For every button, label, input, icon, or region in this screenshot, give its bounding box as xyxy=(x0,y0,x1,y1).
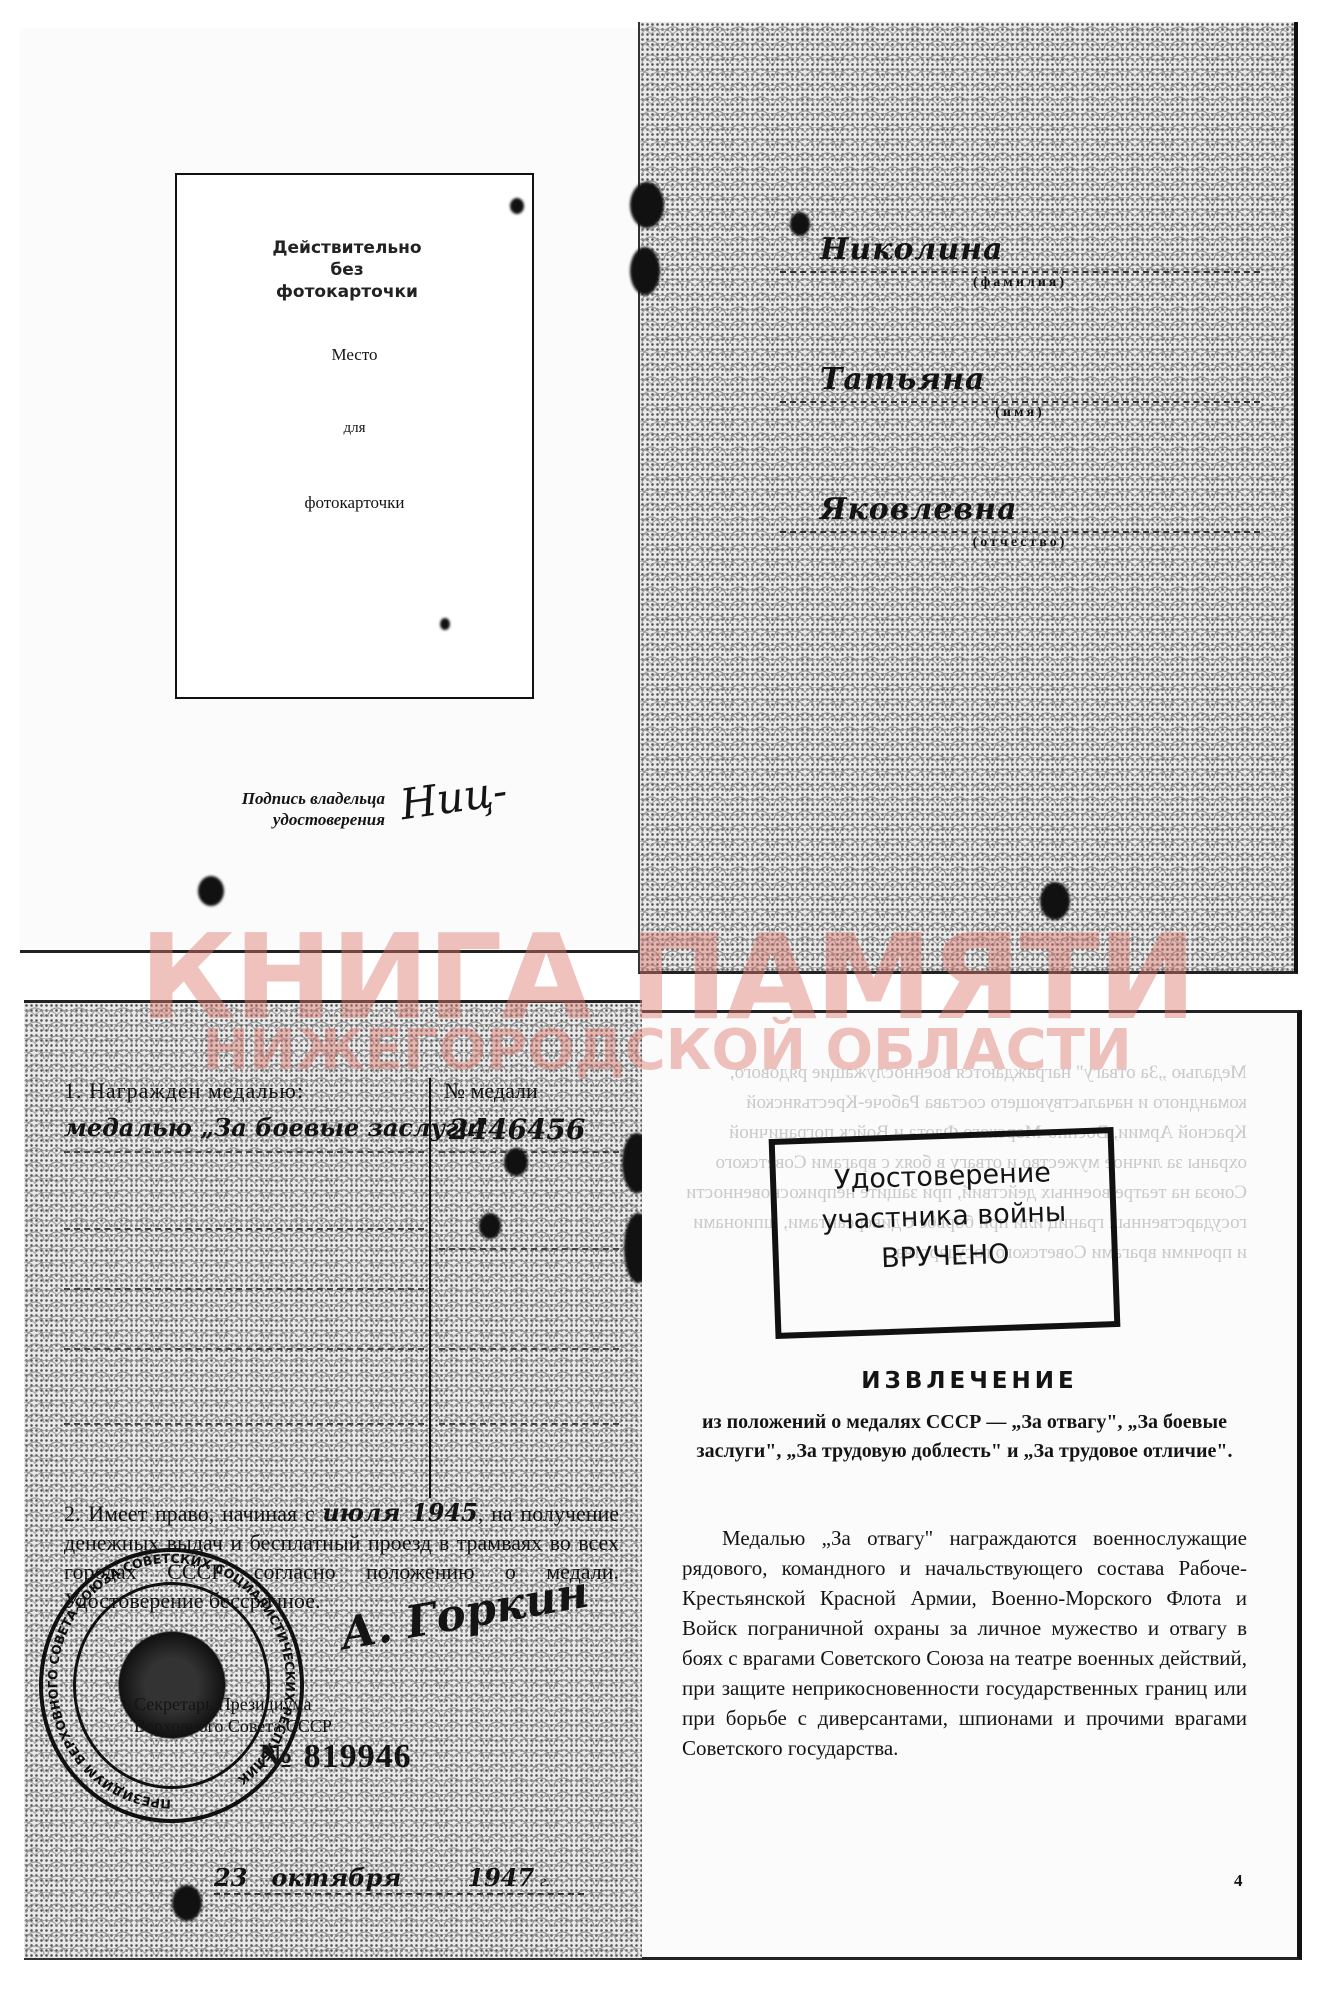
patronymic-caption: (отчество) xyxy=(780,535,1260,551)
valid-line-3: фотокарточки xyxy=(227,281,467,303)
owner-signature-label: Подпись владельца удостоверения xyxy=(165,788,385,830)
presidium-seal: ПРЕЗИДИУМ ВЕРХОВНОГО СОВЕТА СОЮЗА СОВЕТС… xyxy=(39,1548,304,1823)
patronymic-field: Яковлевна (отчество) xyxy=(780,492,1260,551)
secretary-line-2: Верховного Совета СССР xyxy=(134,1715,332,1737)
extract-body: Медалью „За отвагу" награждаются военнос… xyxy=(682,1523,1247,1763)
owner-signature: Ниц- xyxy=(397,766,510,829)
ink-blot xyxy=(630,247,660,295)
entry-line xyxy=(439,1348,619,1350)
ink-blot xyxy=(504,1148,528,1176)
surname-line xyxy=(780,271,1260,273)
entry-line xyxy=(439,1248,619,1250)
valid-without-photo-note: Действительно без фотокарточки xyxy=(227,237,467,303)
ink-blot xyxy=(172,1885,202,1921)
entry-line xyxy=(64,1228,424,1230)
first-name-value: Татьяна xyxy=(780,362,1260,397)
first-name-line xyxy=(780,401,1260,403)
extract-heading: ИЗВЛЕЧЕНИЕ xyxy=(642,1368,1297,1394)
ink-blot xyxy=(198,876,224,906)
entry-line xyxy=(64,1348,424,1350)
patronymic-value: Яковлевна xyxy=(780,492,1260,527)
war-participant-stamp: Удостоверение участника войны ВРУЧЕНО xyxy=(769,1127,1121,1339)
entry-line xyxy=(64,1288,424,1290)
secretary-title: Секретарь Президиума Верховного Совета С… xyxy=(134,1693,332,1737)
ink-blot xyxy=(510,198,524,214)
certificate-number: № 819946 xyxy=(259,1738,412,1776)
surname-value: Николина xyxy=(780,232,1260,267)
page-number: 4 xyxy=(1234,1871,1243,1891)
entry-line xyxy=(439,1423,619,1425)
first-name-caption: (имя) xyxy=(780,405,1260,421)
award-heading: 1. Награжден медалью: xyxy=(64,1078,304,1104)
year-suffix: г. xyxy=(540,1873,550,1890)
photo-place-label-3: фотокарточки xyxy=(177,493,532,513)
issue-year: 1947 xyxy=(467,1863,534,1892)
issue-date: 23 октября 1947 г. xyxy=(214,1863,584,1895)
benefits-prefix: 2. Имеет право, начиная с xyxy=(64,1501,315,1526)
secretary-line-1: Секретарь Президиума xyxy=(134,1693,332,1715)
issue-month: октября xyxy=(271,1863,401,1892)
photo-page: Действительно без фотокарточки Место для… xyxy=(20,28,638,953)
ink-blot xyxy=(630,182,664,228)
name-page: Николина (фамилия) Татьяна (имя) Яковлев… xyxy=(638,22,1298,974)
medal-number: 2446456 xyxy=(449,1113,585,1146)
photo-place-label-1: Место xyxy=(177,345,532,365)
extract-page: Медалью „За отвагу" награждаются военнос… xyxy=(642,1010,1302,1960)
extract-subheading: из положений о медалях СССР — „За отвагу… xyxy=(682,1408,1247,1466)
ink-blot xyxy=(790,212,810,236)
ink-blot xyxy=(1040,882,1070,920)
award-page: 1. Награжден медалью: № медали медалью „… xyxy=(24,1000,642,1960)
ink-blot xyxy=(440,618,450,630)
first-name-field: Татьяна (имя) xyxy=(780,362,1260,421)
photo-placeholder-box: Действительно без фотокарточки Место для… xyxy=(175,173,534,699)
benefits-start-date: июля 1945 xyxy=(322,1498,478,1527)
medal-number-heading: № медали xyxy=(444,1078,538,1104)
medal-name: медалью „За боевые заслуги" xyxy=(64,1113,488,1142)
surname-caption: (фамилия) xyxy=(780,275,1260,291)
photo-place-label-2: для xyxy=(177,420,532,437)
surname-field: Николина (фамилия) xyxy=(780,232,1260,291)
signature-label-line-1: Подпись владельца xyxy=(165,788,385,809)
ink-blot xyxy=(479,1213,501,1239)
patronymic-line xyxy=(780,531,1260,533)
signature-label-line-2: удостоверения xyxy=(165,809,385,830)
entry-line xyxy=(64,1151,424,1153)
valid-line-2: без xyxy=(227,259,467,281)
valid-line-1: Действительно xyxy=(227,237,467,259)
issue-day: 23 xyxy=(214,1863,247,1892)
entry-line xyxy=(439,1151,619,1153)
entry-line xyxy=(64,1423,424,1425)
